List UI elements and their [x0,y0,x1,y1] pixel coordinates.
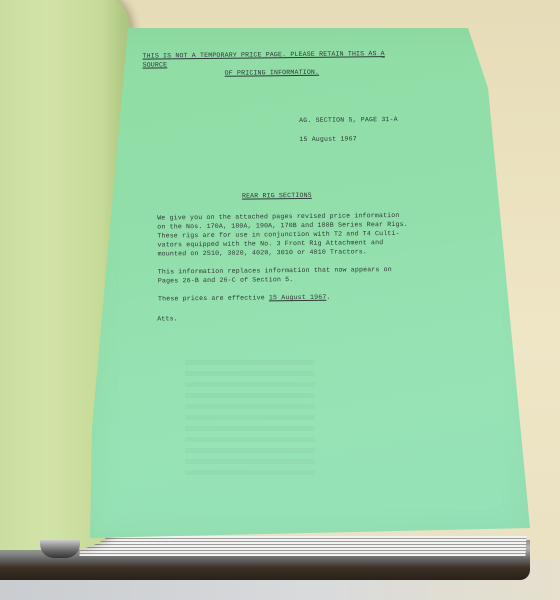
document-body: We give you on the attached pages revise… [157,210,478,312]
show-through-text [185,360,315,480]
closing: Atts. [157,314,178,323]
effective-line: These prices are effective 15 August 196… [158,291,478,303]
section-reference: AG. SECTION 5, PAGE 31-A [299,115,398,125]
reference-block: AG. SECTION 5, PAGE 31-A 15 August 1967 [299,115,398,154]
document-date: 15 August 1967 [299,134,398,144]
paragraph: This information replaces information th… [158,264,478,285]
effective-date: 15 August 1967 [269,294,327,302]
effective-prefix: These prices are effective [158,294,269,302]
paragraph: We give you on the attached pages revise… [157,210,477,258]
notice: THIS IS NOT A TEMPORARY PRICE PAGE. PLEA… [142,49,412,79]
notice-line-2: OF PRICING INFORMATION. [143,67,413,79]
document-heading: REAR RIG SECTIONS [242,191,312,201]
document-text: THIS IS NOT A TEMPORARY PRICE PAGE. PLEA… [0,0,560,600]
effective-suffix: . [326,294,330,301]
